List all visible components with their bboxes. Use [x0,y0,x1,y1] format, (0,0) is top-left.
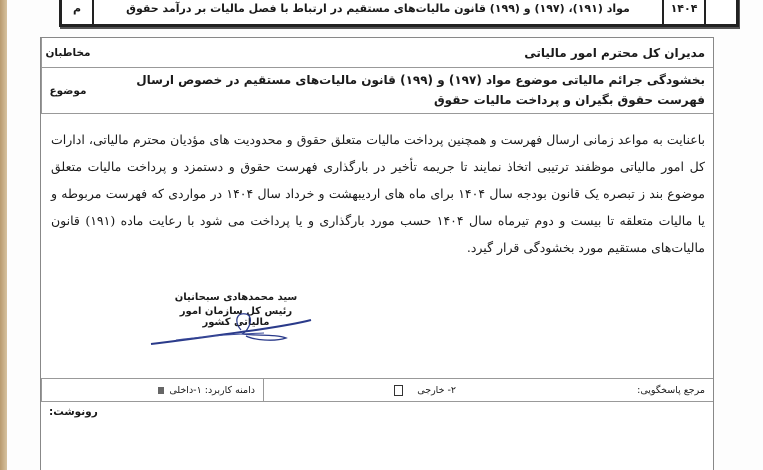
reference-label: مرجع پاسخگویی: [637,385,705,396]
photo-edge [0,0,7,470]
internal-checkbox-checked[interactable] [158,387,164,394]
copy-row: رونوشت: [41,402,713,422]
external-label: ۲- خارجی [417,385,456,396]
letter-box: مخاطبان مدیران کل محترم امور مالیاتی موض… [40,37,714,470]
signature-block: سید محمدهادی سبحانیان رئیس کل سازمان امو… [161,292,311,328]
external-cell: ۲- خارجی [263,379,464,401]
header-table: ۱۴۰۴ مواد (۱۹۱)، (۱۹۷) و (۱۹۹) قانون مال… [59,0,739,27]
reference-cell: مرجع پاسخگویی: [464,379,713,401]
letter-body-area: باعنایت به مواعد زمانی ارسال فهرست و همچ… [41,114,713,379]
header-title: مواد (۱۹۱)، (۱۹۷) و (۱۹۹) قانون مالیات‌ه… [92,0,662,24]
handwritten-signature-icon [146,300,316,350]
addressee-value: مدیران کل محترم امور مالیاتی [94,38,713,67]
copy-label: رونوشت: [41,402,106,422]
header-empty-cell [704,0,736,24]
letter-body-text: باعنایت به مواعد زمانی ارسال فهرست و همچ… [51,126,705,261]
addressee-row: مخاطبان مدیران کل محترم امور مالیاتی [41,38,713,68]
usage-scope-cell: دامنه کاربرد: ۱-داخلی [41,379,263,401]
header-year: ۱۴۰۴ [662,0,704,24]
usage-row: دامنه کاربرد: ۱-داخلی ۲- خارجی مرجع پاسخ… [41,379,713,402]
subject-label: موضوع [41,68,94,113]
external-checkbox[interactable] [394,385,403,396]
header-code: م [62,0,92,24]
subject-row: موضوع بخشودگی جرائم مالیاتی موضوع مواد (… [41,68,713,114]
document-page: ۱۴۰۴ مواد (۱۹۱)، (۱۹۷) و (۱۹۹) قانون مال… [7,0,763,470]
addressee-label: مخاطبان [41,38,94,67]
subject-value: بخشودگی جرائم مالیاتی موضوع مواد (۱۹۷) و… [94,68,713,113]
usage-scope-label: دامنه کاربرد: ۱-داخلی [169,385,255,396]
